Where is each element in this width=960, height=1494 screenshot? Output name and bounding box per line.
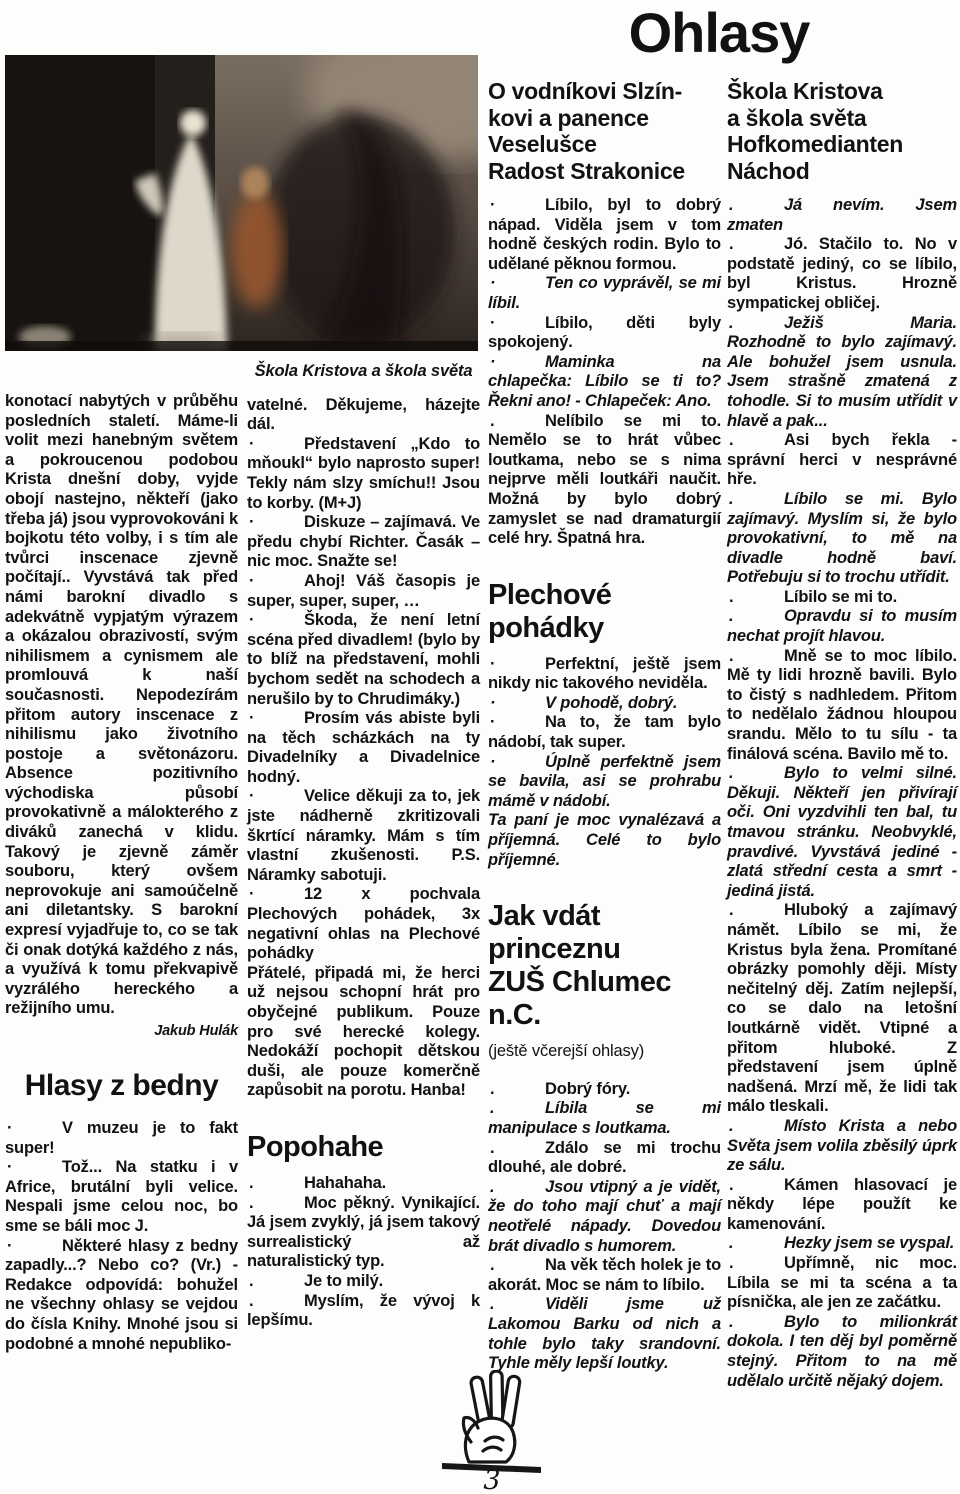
column-3: O vodníkovi Slzín- kovi a panence Veselu…: [488, 78, 721, 1374]
comment-text: Dobrý fóry.: [545, 1080, 630, 1098]
bullet-marker: .: [729, 1254, 733, 1274]
bullet-marker: .: [729, 235, 733, 255]
bullet-marker: ·: [249, 709, 254, 729]
comment-text: Hluboký a zajímavý námět. Líbilo se mi, …: [727, 901, 957, 1115]
bullet-marker: .: [490, 1139, 494, 1159]
reader-comment: ·V muzeu je to fakt super!: [5, 1119, 238, 1158]
reader-comment: ·Představení „Kdo to mňoukl“ bylo napros…: [247, 435, 480, 513]
reader-comment: ·Líbilo, byl to dobrý nápad. Viděla jsem…: [488, 196, 721, 274]
comment-text: Některé hlasy z bedny zapadly...? Nebo c…: [5, 1237, 238, 1353]
comment-text: Je to milý.: [304, 1272, 383, 1290]
reader-comment: ·12 x pochvala Plechových pohádek, 3x ne…: [247, 885, 480, 963]
reader-comment: .Líbila se mi manipulace s loutkama.: [488, 1099, 721, 1138]
comment-text: Na věk těch holek je to akorát. Moc se n…: [488, 1256, 721, 1294]
reader-comment: ·Velice děkuji za to, jek jste nádherně …: [247, 787, 480, 885]
page-footer: 3: [438, 1370, 546, 1492]
reader-comment: .Viděli jsme už Lakomou Barku od nich a …: [488, 1295, 721, 1373]
comment-text: Líbilo se mi to.: [784, 588, 897, 606]
comment-text: Na to, že tam bylo nádobí, tak super.: [488, 713, 721, 751]
comment-text: Hahahaha.: [304, 1174, 386, 1192]
bullet-marker: .: [729, 490, 733, 510]
comment-text: Perfektní, ještě jsem nikdy nic takového…: [488, 655, 721, 693]
reader-comment: ·Perfektní, ještě jsem nikdy nic takovéh…: [488, 655, 721, 694]
comment-text: Ježiš Maria. Rozhodně to bylo zajímavý. …: [727, 314, 957, 430]
reader-comment: ·Tož... Na statku i v Africe, brutální b…: [5, 1158, 238, 1236]
bullet-marker: .: [729, 607, 733, 627]
comment-text: 12 x pochvala Plechových pohádek, 3x neg…: [247, 885, 480, 962]
reader-comment: .Ježiš Maria. Rozhodně to bylo zajímavý.…: [727, 314, 957, 432]
comment-text: V pohodě, dobrý.: [545, 694, 677, 712]
bullet-marker: .: [729, 1313, 733, 1333]
comment-text: Líbilo, děti byly spokojený.: [488, 314, 721, 352]
bullet-marker: ·: [490, 694, 495, 714]
reader-comment-continuation: Ta paní je moc vynalézavá a příjemná. Ce…: [488, 811, 721, 870]
bullet-marker: ·: [249, 513, 254, 533]
bullet-marker: .: [729, 196, 733, 216]
comment-text: Velice děkuji za to, jek jste nádherně z…: [247, 787, 480, 883]
comment-text: Moc pěkný. Vynikající. Já jsem zvyklý, j…: [247, 1194, 480, 1271]
reader-comment: .Já nevím. Jsem zmaten: [727, 196, 957, 235]
reader-comment: .Moc pěkný. Vynikající. Já jsem zvyklý, …: [247, 1194, 480, 1272]
bullet-marker: .: [249, 1292, 253, 1312]
bullet-marker: ·: [249, 435, 254, 455]
reader-comment: .Mně se to moc líbilo. Mě ty lidi hrozně…: [727, 647, 957, 765]
reader-comment: .Asi bych řekla - správní herci v nesprá…: [727, 431, 957, 490]
reader-comment: .Hluboký a zajímavý námět. Líbilo se mi,…: [727, 901, 957, 1117]
reader-comment: .Upřímně, nic moc. Líbila se mi ta scéna…: [727, 1254, 957, 1313]
reader-comment: .Bylo to velmi silné. Děkuji. Někteří je…: [727, 764, 957, 901]
bullet-marker: .: [490, 1256, 494, 1276]
bullet-marker: .: [729, 647, 733, 667]
comment-text: Úplně perfektně jsem se bavila, asi se p…: [488, 753, 721, 810]
comment-text: Maminka na chlapečka: Líbilo se ti to? Ř…: [488, 353, 721, 410]
bullet-marker: .: [729, 764, 733, 784]
bullet-marker: ·: [249, 885, 254, 905]
comment-text: Bylo to velmi silné. Děkuji. Někteří jen…: [727, 764, 957, 900]
reader-comment: ·Líbilo, děti byly spokojený.: [488, 314, 721, 353]
comment-text: Mně se to moc líbilo. Mě ty lidi hrozně …: [727, 647, 957, 763]
comment-text: Myslím, že vývoj k lepšímu.: [247, 1292, 480, 1330]
reader-comment: ·Škoda, že není letní scéna před divadle…: [247, 611, 480, 709]
reader-comment: ·Ten co vyprávěl, se mi líbil.: [488, 274, 721, 313]
reader-comment: .Dobrý fóry.: [488, 1080, 721, 1100]
comment-text: Líbilo se mi. Bylo zajímavý. Myslím si, …: [727, 490, 957, 586]
bullet-marker: ·: [490, 353, 495, 373]
three-fingers-hand-drawing: 3: [438, 1370, 546, 1492]
comment-text: Ahoj! Váš časopis je super, super, super…: [247, 572, 480, 610]
section-note: (ještě včerejší ohlasy): [488, 1042, 721, 1062]
bullet-marker: ·: [490, 713, 495, 733]
comment-text: Kámen hlasovací je někdy lépe použít ke …: [727, 1176, 957, 1233]
review-heading-plechove-pohadky: Plechové pohádky: [488, 579, 721, 645]
bullet-marker: .: [729, 588, 733, 608]
comment-text: Já nevím. Jsem zmaten: [727, 196, 957, 234]
reader-comment: .Místo Krista a nebo Světa jsem volila z…: [727, 1117, 957, 1176]
reader-comment: ·Prosím vás abiste byli na těch scházkác…: [247, 709, 480, 787]
comment-text: Líbila se mi manipulace s loutkama.: [488, 1099, 721, 1137]
reader-comment: ·Některé hlasy z bedny zapadly...? Nebo …: [5, 1237, 238, 1355]
bullet-marker: .: [729, 431, 733, 451]
comment-text: Hezky jsem se vyspal.: [784, 1234, 954, 1252]
review-heading-skola-kristova: Škola Kristova a škola světa Hofkomedian…: [727, 78, 957, 184]
comment-text: Opravdu si to musím nechat projít hlavou…: [727, 607, 957, 645]
comment-text: Nelíbilo se mi to. Nemělo se to hrát vůb…: [488, 412, 721, 548]
reader-comment: .Myslím, že vývoj k lepšímu.: [247, 1292, 480, 1331]
bullet-marker: ·: [7, 1119, 12, 1139]
bullet-marker: ·: [490, 314, 495, 334]
bullet-marker: .: [729, 1117, 733, 1137]
bullet-marker: .: [729, 1234, 733, 1254]
bullet-marker: .: [490, 1178, 494, 1198]
comment-text: Tož... Na statku i v Africe, brutální by…: [5, 1158, 238, 1235]
reader-comment: .Na věk těch holek je to akorát. Moc se …: [488, 1256, 721, 1295]
theatre-scene-illustration: [5, 55, 478, 351]
comment-text: Jsou vtipný a je vidět, že do toho mají …: [488, 1178, 721, 1255]
review-heading-jak-vdat-princeznu: Jak vdát princeznu ZUŠ Chlumec n.C.: [488, 900, 721, 1032]
bullet-marker: .: [490, 412, 494, 432]
reader-comment: .Hezky jsem se vyspal.: [727, 1234, 957, 1254]
comment-text: Viděli jsme už Lakomou Barku od nich a t…: [488, 1295, 721, 1372]
bullet-marker: ·: [490, 753, 495, 773]
bullet-marker: ·: [249, 611, 254, 631]
comment-text: Prosím vás abiste byli na těch scházkách…: [247, 709, 480, 786]
bullet-marker: .: [490, 1099, 494, 1119]
comment-text: Ten co vyprávěl, se mi líbil.: [488, 274, 721, 312]
bullet-marker: ·: [490, 196, 495, 216]
comment-text: Bylo to milionkrát dokola. I ten děj byl…: [727, 1313, 957, 1390]
bullet-marker: ·: [7, 1158, 12, 1178]
bullet-marker: ·: [490, 655, 495, 675]
bullet-marker: .: [249, 1174, 253, 1194]
bullet-marker: .: [729, 901, 733, 921]
comment-text: Jó. Stačilo to. No v podstatě jediný, co…: [727, 235, 957, 312]
section-heading-popohahe: Popohahe: [247, 1131, 480, 1164]
comment-text: Asi bych řekla - správní herci v nespráv…: [727, 431, 957, 488]
review-heading-o-vodnikovi: O vodníkovi Slzín- kovi a panence Veselu…: [488, 78, 721, 184]
reader-comment: ·V pohodě, dobrý.: [488, 694, 721, 714]
reader-comment: .Opravdu si to musím nechat projít hlavo…: [727, 607, 957, 646]
page-title: Ohlasy: [483, 0, 955, 65]
column-4: Škola Kristova a škola světa Hofkomedian…: [727, 78, 957, 1391]
reader-comment: .Bylo to milionkrát dokola. I ten děj by…: [727, 1313, 957, 1391]
reader-comment: .Je to milý.: [247, 1272, 480, 1292]
reader-comment: ·Diskuze – zajímavá. Ve předu chybí Rich…: [247, 513, 480, 572]
page-number: 3: [483, 1465, 500, 1492]
bullet-marker: .: [729, 314, 733, 334]
bullet-marker: .: [249, 1272, 253, 1292]
photo-caption: Škola Kristova a škola světa: [247, 362, 480, 382]
comment-text: Představení „Kdo to mňoukl“ bylo naprost…: [247, 435, 480, 512]
reader-comment: .Líbilo se mi to.: [727, 588, 957, 608]
bullet-marker: ·: [7, 1237, 12, 1257]
article-continuation-paragraph: konotací nabytých v průběhu posledních s…: [5, 392, 238, 1019]
bullet-marker: .: [729, 1176, 733, 1196]
reader-comment: .Nelíbilo se mi to. Nemělo se to hrát vů…: [488, 412, 721, 549]
comment-text: Zdálo se mi trochu dlouhé, ale dobré.: [488, 1139, 721, 1177]
section-heading-hlasy-z-bedny: Hlasy z bedny: [5, 1069, 238, 1103]
comment-text: Místo Krista a nebo Světa jsem volila zb…: [727, 1117, 957, 1174]
reader-comment: .Líbilo se mi. Bylo zajímavý. Myslím si,…: [727, 490, 957, 588]
bullet-marker: ·: [490, 274, 495, 294]
reader-comment-continuation: Přátelé, připadá mi, že herci už nejsou …: [247, 964, 480, 1101]
column-1: konotací nabytých v průběhu posledních s…: [5, 392, 238, 1354]
theatre-scene-photo: [5, 55, 478, 351]
comment-text: V muzeu je to fakt super!: [5, 1119, 238, 1157]
byline: Jakub Hulák: [5, 1021, 238, 1041]
reader-comment: .Jó. Stačilo to. No v podstatě jediný, c…: [727, 235, 957, 313]
comment-text: Líbilo, byl to dobrý nápad. Viděla jsem …: [488, 196, 721, 273]
continuation-paragraph: vatelné. Děkujeme, házejte dál.: [247, 396, 480, 435]
bullet-marker: ·: [249, 572, 254, 592]
reader-comment: ·Ahoj! Váš časopis je super, super, supe…: [247, 572, 480, 611]
column-2: Škola Kristova a škola světa vatelné. Dě…: [247, 362, 480, 1331]
comment-text: Škoda, že není letní scéna před divadlem…: [247, 611, 480, 707]
bullet-marker: .: [249, 1194, 253, 1214]
bullet-marker: .: [490, 1080, 494, 1100]
comment-text: Upřímně, nic moc. Líbila se mi ta scéna …: [727, 1254, 957, 1311]
reader-comment: .Zdálo se mi trochu dlouhé, ale dobré.: [488, 1139, 721, 1178]
reader-comment: ·Úplně perfektně jsem se bavila, asi se …: [488, 753, 721, 812]
reader-comment: .Kámen hlasovací je někdy lépe použít ke…: [727, 1176, 957, 1235]
bullet-marker: ·: [249, 787, 254, 807]
bullet-marker: .: [490, 1295, 494, 1315]
reader-comment: .Jsou vtipný a je vidět, že do toho mají…: [488, 1178, 721, 1256]
reader-comment: ·Na to, že tam bylo nádobí, tak super.: [488, 713, 721, 752]
reader-comment: .Hahahaha.: [247, 1174, 480, 1194]
reader-comment: ·Maminka na chlapečka: Líbilo se ti to? …: [488, 353, 721, 412]
comment-text: Diskuze – zajímavá. Ve předu chybí Richt…: [247, 513, 480, 570]
